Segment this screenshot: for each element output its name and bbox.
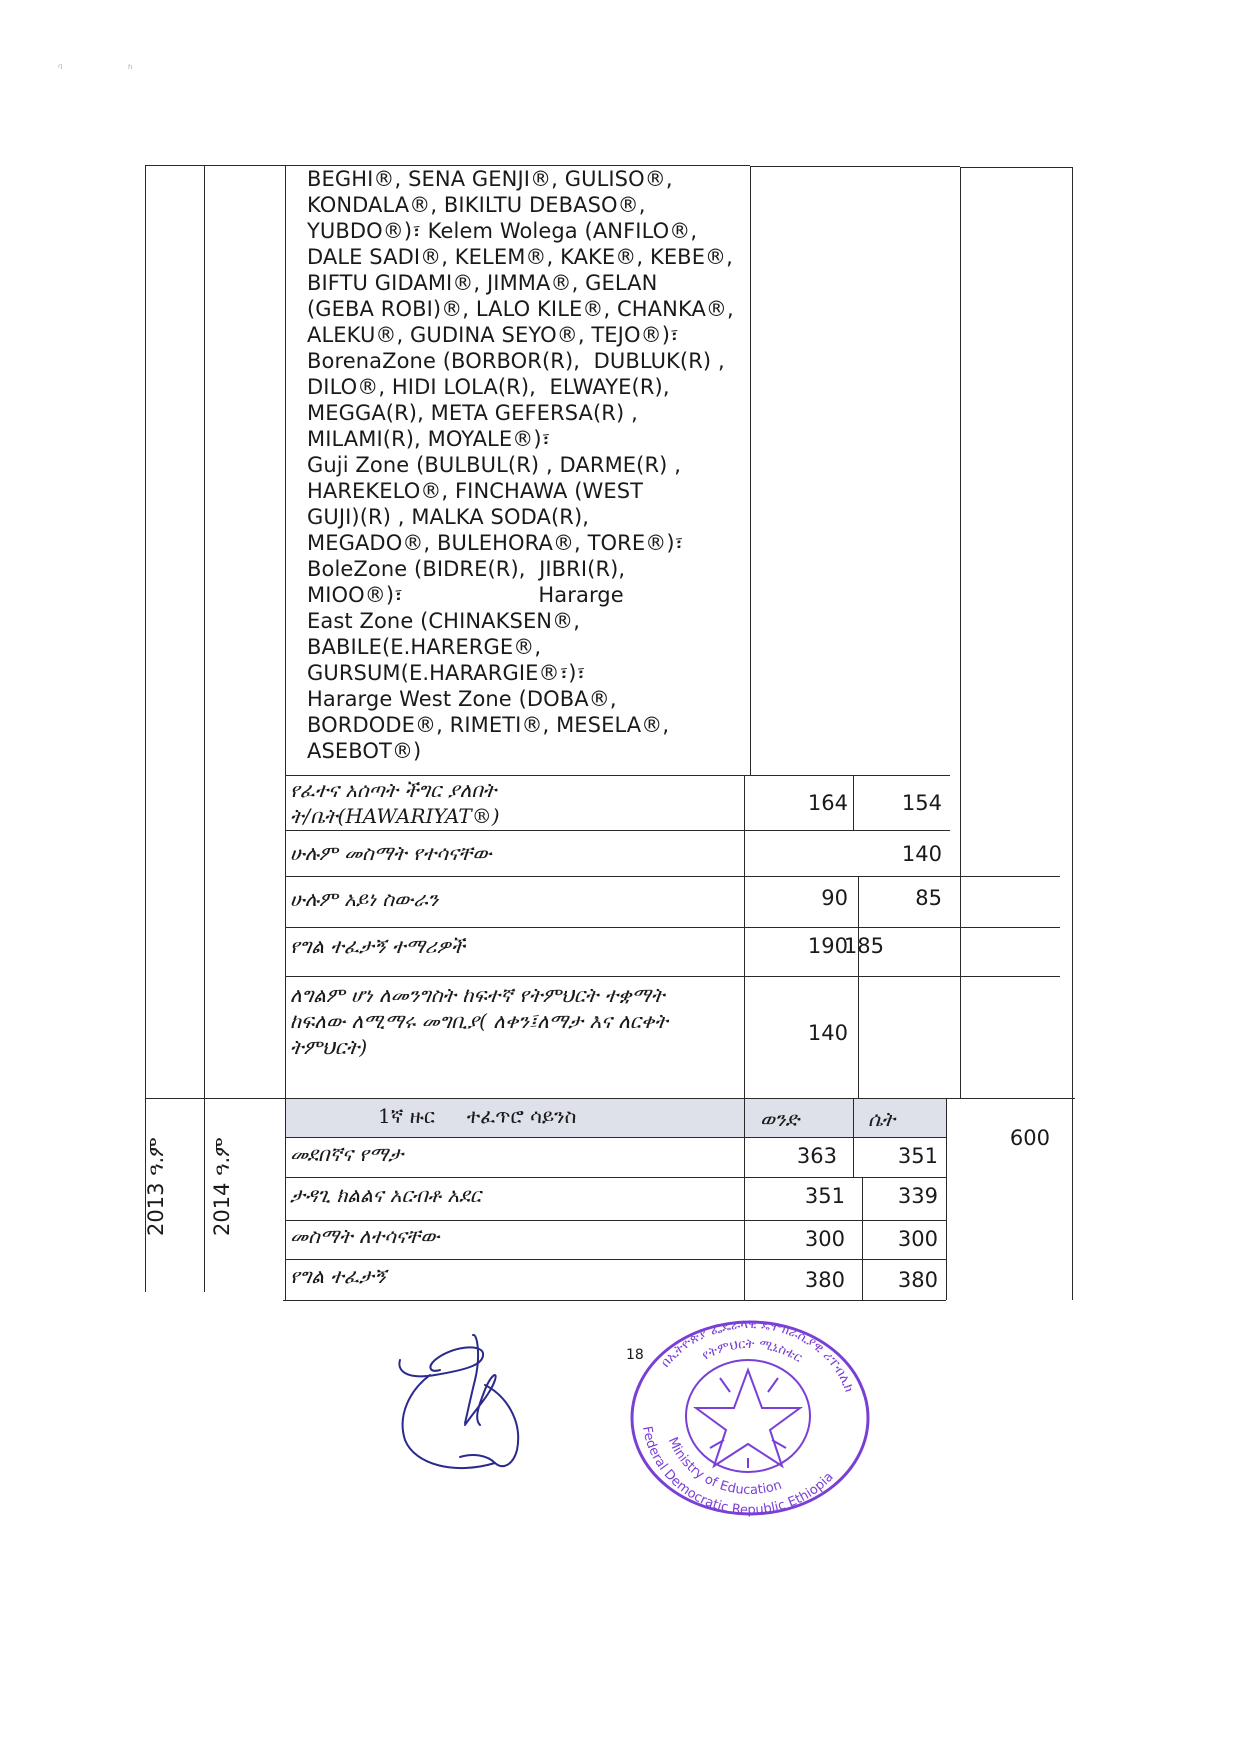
year-label-2013: 2013 ዓ.ም xyxy=(144,1137,169,1236)
female-count: 85 xyxy=(862,886,942,910)
signature-icon xyxy=(395,1325,575,1485)
zones-text: BEGHI®, SENA GENJI®, GULISO®, KONDALA®, … xyxy=(307,166,734,764)
col-border xyxy=(853,1099,854,1177)
year-label-2014: 2014 ዓ.ም xyxy=(210,1137,235,1236)
female-count: 339 xyxy=(858,1184,938,1208)
col-border xyxy=(853,775,854,830)
col-border xyxy=(145,165,146,1292)
svg-text:በኢትዮጵያ ፌዴራላዊ ዴሞክራሲያዊ ሪፐብሊክ: በኢትዮጵያ ፌዴራላዊ ዴሞክራሲያዊ ሪፐብሊክ xyxy=(658,1318,856,1394)
row-label: ታዳጊ ክልልና አርብቶ አደር xyxy=(290,1182,481,1208)
merged-count: 140 xyxy=(862,842,942,866)
row-divider xyxy=(285,976,1060,977)
col-border xyxy=(744,775,745,1300)
row-divider xyxy=(285,876,1060,877)
svg-text:የትምህርት ሚኒስቴር: የትምህርት ሚኒስቴር xyxy=(700,1337,806,1366)
row-label: የፈተና አሰጣት ችግር ያለበት ት/ቤት(HAWARIYAT®) xyxy=(290,777,500,829)
row-label: መደበኛና የማታ xyxy=(290,1141,403,1167)
row-label: ለግልም ሆነ ለመንግስት ከፍተኛ የትምህርት ተቋማት ከፍለው ለሚማ… xyxy=(290,982,668,1060)
row-label: መስማት ለተሳናቸው xyxy=(290,1223,439,1249)
col-border xyxy=(946,1099,947,1300)
row-divider xyxy=(286,1177,946,1178)
row-divider xyxy=(286,1220,946,1221)
row-label: ሁሉም አይነ ስውራን xyxy=(290,886,438,912)
row-divider xyxy=(286,1137,946,1138)
total-count: 600 xyxy=(970,1126,1050,1150)
table-top-border xyxy=(960,167,1073,168)
row-label: የግል ተፈታኝ xyxy=(290,1263,386,1289)
male-count: 363 xyxy=(757,1144,837,1168)
male-header: ወንድ xyxy=(760,1106,799,1132)
ministry-seal-icon: በኢትዮጵያ ፌዴራላዊ ዴሞክራሲያዊ ሪፐብሊክ የትምህርት ሚኒስቴር … xyxy=(620,1318,880,1518)
col-border xyxy=(1072,167,1073,1300)
male-count: 351 xyxy=(765,1184,845,1208)
female-count: 154 xyxy=(862,791,942,815)
col-border xyxy=(750,166,751,775)
male-count: 164 xyxy=(768,791,848,815)
table-bottom-border xyxy=(283,1300,946,1301)
male-count: 300 xyxy=(765,1227,845,1251)
female-count: 300 xyxy=(858,1227,938,1251)
row-divider xyxy=(285,775,950,776)
col-border xyxy=(960,167,961,1098)
col-border xyxy=(285,165,286,1300)
row-label: ሁሉም መስማት የተሳናቸው xyxy=(290,840,492,866)
col-border xyxy=(858,876,859,1098)
table-top-border xyxy=(750,166,960,167)
scan-speck: ባ xyxy=(58,62,63,72)
col-border xyxy=(204,165,205,1292)
section-title: 1ኛ ዙር ተፈጥሮ ሳይንስ xyxy=(378,1103,576,1129)
scan-speck: ከ xyxy=(128,62,132,72)
row-label: የግል ተፈታኝ ተማሪዎች xyxy=(290,933,465,959)
female-count: 351 xyxy=(858,1144,938,1168)
row-divider xyxy=(285,927,1060,928)
row-divider xyxy=(286,1259,946,1260)
male-count: 380 xyxy=(765,1268,845,1292)
male-count: 140 xyxy=(768,1021,848,1045)
row-divider xyxy=(285,830,950,831)
female-header: ሴት xyxy=(868,1106,895,1132)
female-count: 380 xyxy=(858,1268,938,1292)
female-count: 185 xyxy=(804,934,884,958)
male-count: 90 xyxy=(768,886,848,910)
